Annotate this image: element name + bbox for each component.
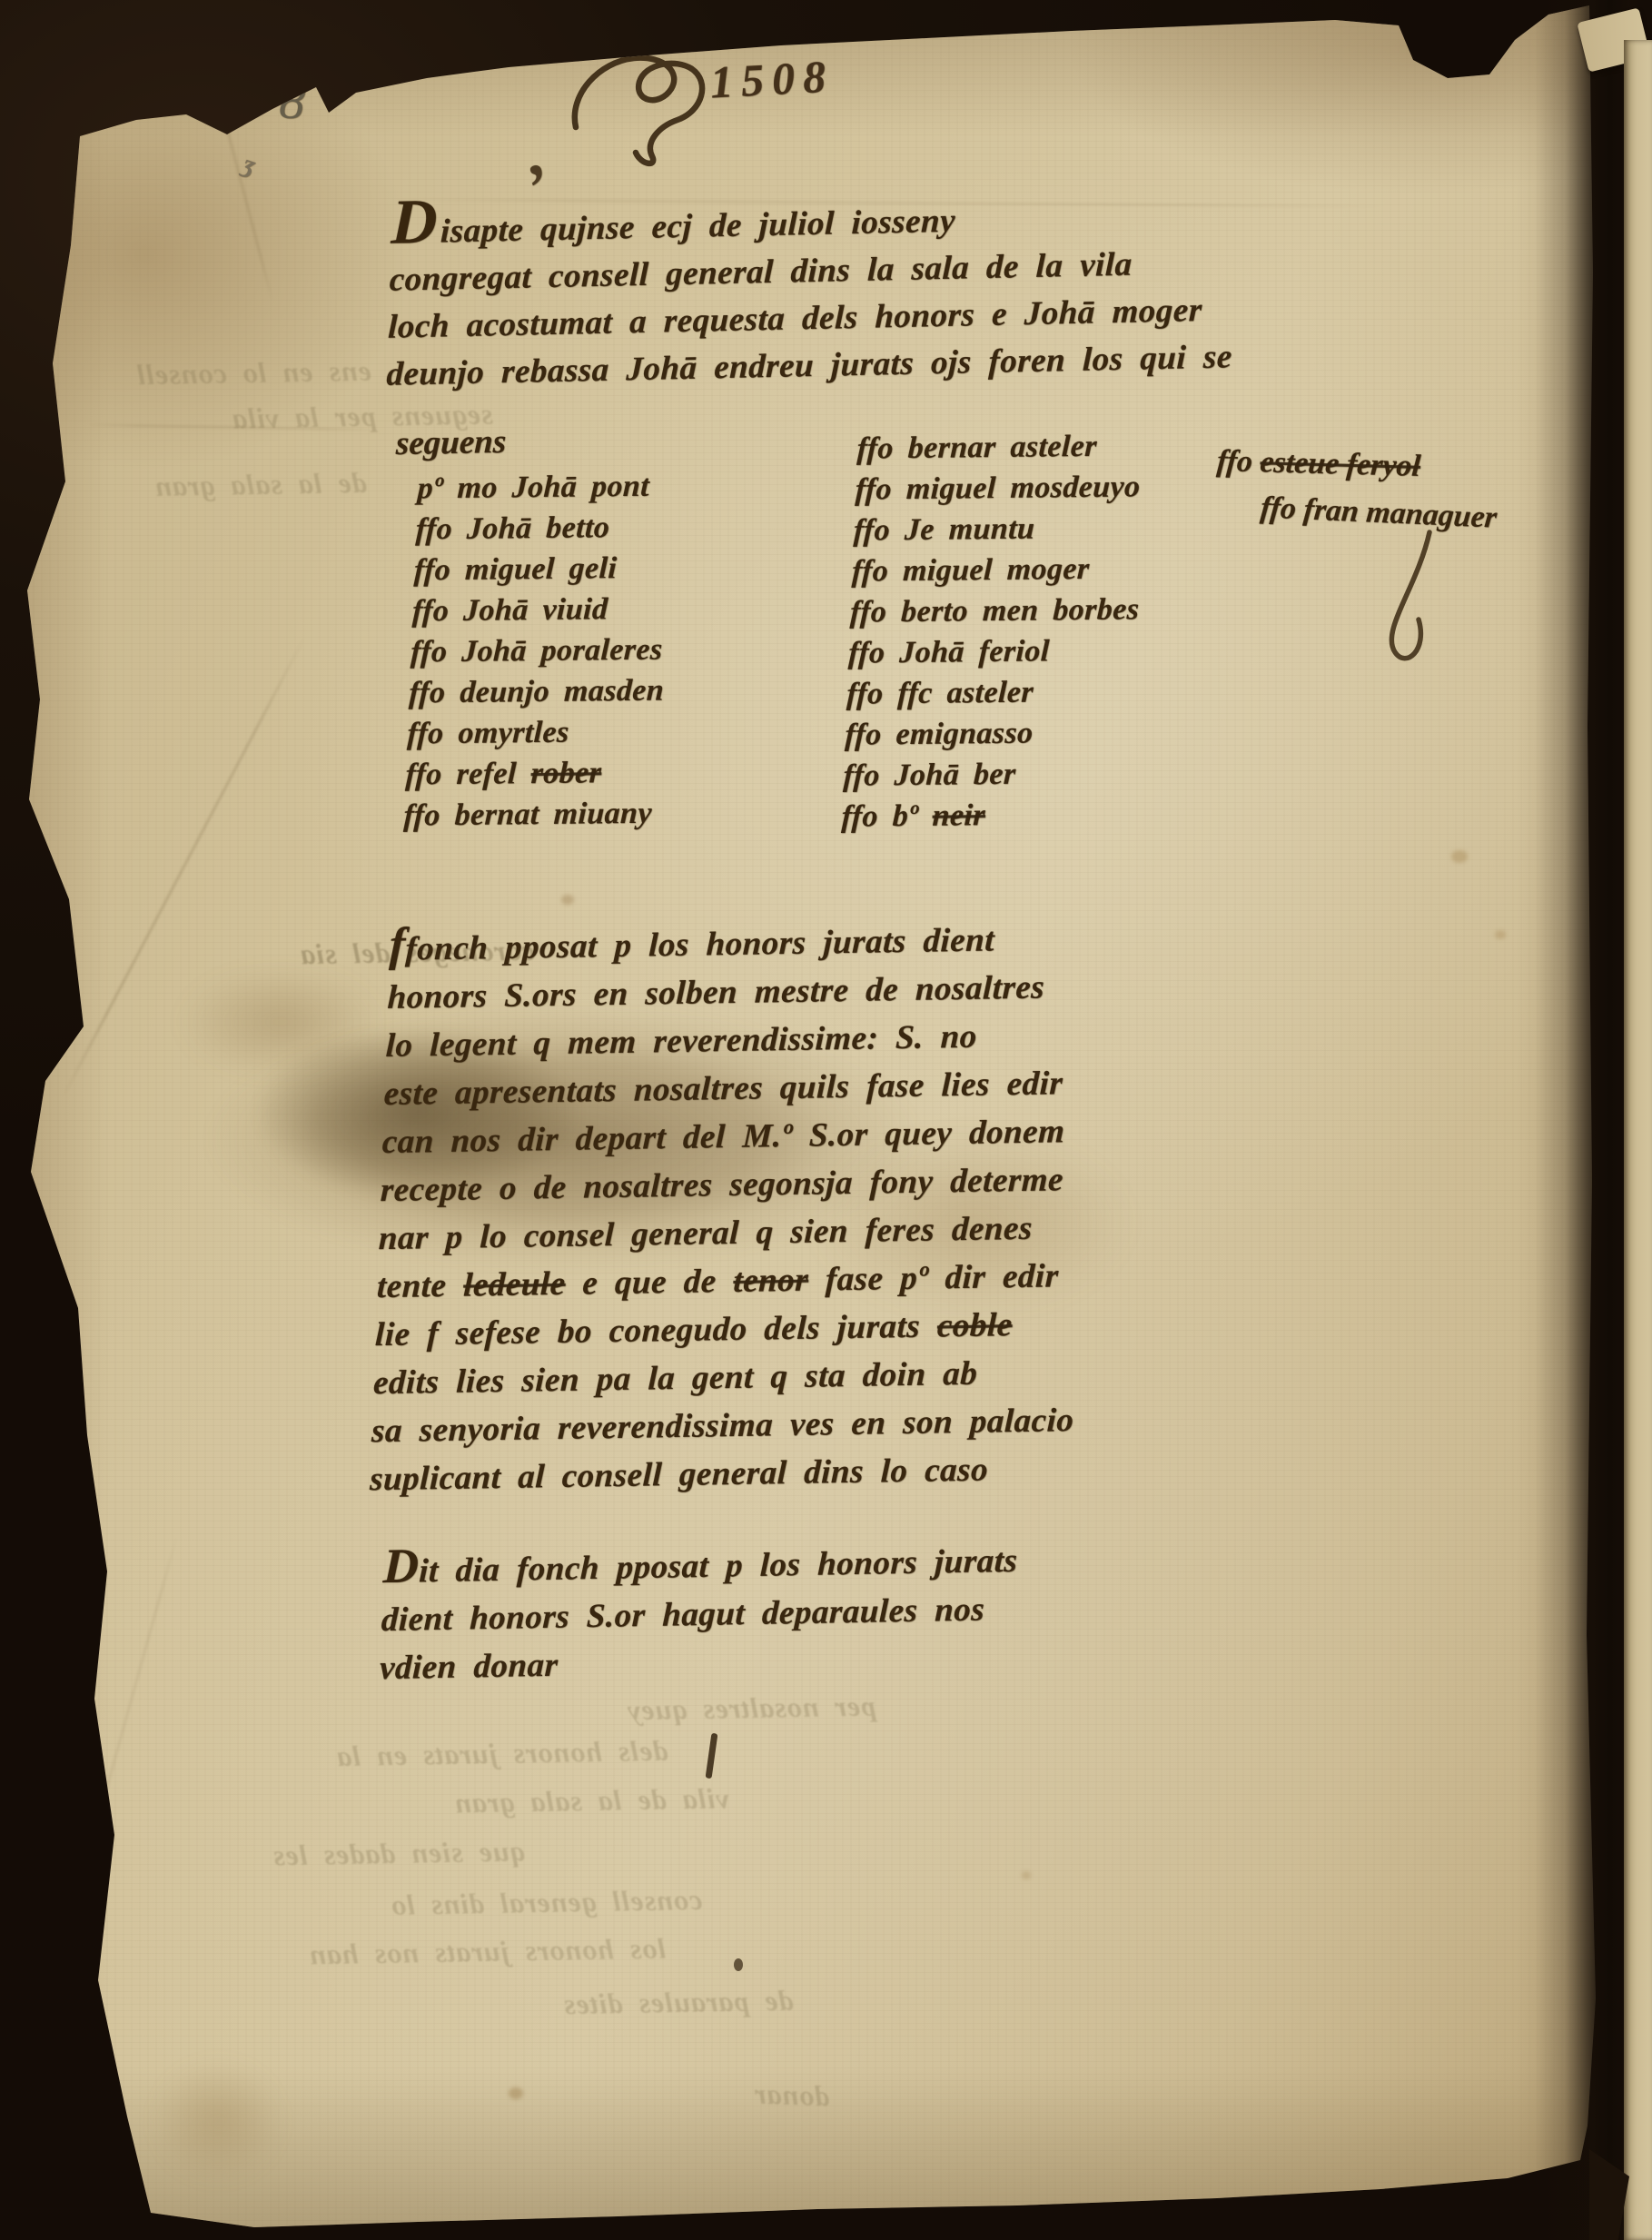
ghost-line: per nosaltres quey bbox=[627, 1690, 876, 1728]
attendee-row: pº mo Johā pont bbox=[417, 469, 674, 512]
year-heading: 1508 bbox=[709, 49, 836, 108]
ghost-line: donar bbox=[753, 2077, 829, 2114]
line-fragment: lie f sefese bo conegudo dels jurats bbox=[374, 1307, 937, 1353]
bottom-left-blotch bbox=[136, 2044, 300, 2198]
notarial-paraph-flourish bbox=[563, 44, 727, 171]
descender-flourish bbox=[1359, 525, 1459, 670]
crease-line bbox=[78, 1534, 178, 1886]
ghost-line: de paraules dites bbox=[563, 1984, 794, 2021]
crease-line bbox=[63, 637, 306, 1096]
attendee-row: ffo esteue feryol bbox=[1216, 444, 1422, 484]
manuscript-page: ens en lo consell seguens per la vila de… bbox=[0, 0, 1652, 2240]
attendee-row: ffo ffc asteler bbox=[846, 674, 1136, 718]
attendee-row: ffo bº neir bbox=[841, 797, 1132, 840]
list-heading: seguens bbox=[395, 422, 507, 463]
attendee-name: ffo refel bbox=[405, 757, 532, 791]
attendee-row: ffo emignasso bbox=[844, 715, 1134, 758]
attendee-name: ffo bº bbox=[841, 799, 934, 834]
ghost-line: de la sala gran bbox=[154, 466, 367, 503]
struck-word: ledeule bbox=[463, 1265, 567, 1304]
paragraph-3: Dit dia fonch pposat p los honors jurats… bbox=[379, 1531, 1018, 1692]
foxing-spot bbox=[1022, 1871, 1031, 1879]
attendee-row: ffo deunjo masden bbox=[408, 674, 665, 718]
pen-stroke-mark: , bbox=[519, 117, 551, 192]
ghost-line: dels honors jurats en la bbox=[336, 1734, 668, 1773]
ghost-line: que sien dades les bbox=[272, 1835, 525, 1873]
struck-attendee-name: neir bbox=[932, 798, 986, 833]
ink-blot-stroke bbox=[706, 1733, 718, 1779]
attendee-row: ffo Johā feriol bbox=[847, 633, 1138, 677]
attendee-row: ffo berto men borbes bbox=[849, 592, 1140, 636]
attendee-row: ffo refel rober bbox=[404, 756, 661, 799]
paragraph-1: Disapte qujnse ecj de juliol iosseny con… bbox=[386, 187, 1238, 399]
struck-attendee-name: esteue feryol bbox=[1259, 445, 1421, 483]
folio-number: 8 bbox=[278, 72, 307, 132]
attendee-row: ffo bernat miuany bbox=[403, 797, 660, 840]
attendee-row: ffo bernar asteler bbox=[856, 429, 1147, 472]
ghost-line: vila de la sala gran bbox=[454, 1781, 729, 1819]
stain-halo bbox=[154, 954, 409, 1090]
attendee-row: ffo Johā poraleres bbox=[410, 633, 667, 677]
attendee-row: ffo miguel geli bbox=[413, 550, 670, 594]
ghost-line: consell general dins lo bbox=[391, 1883, 703, 1922]
attendee-row: ffo Johā ber bbox=[842, 756, 1133, 799]
attendee-row: ffo miguel moger bbox=[851, 551, 1142, 595]
adjacent-page-edge bbox=[1624, 40, 1652, 2240]
paragraph-2: ffonch pposat p los honors jurats dient … bbox=[369, 910, 1093, 1504]
attendee-row: ffo Johā betto bbox=[415, 510, 672, 553]
line-fragment: tente bbox=[376, 1267, 464, 1306]
attendee-row: ffo Je muntu bbox=[853, 510, 1143, 554]
struck-word: coble bbox=[936, 1306, 1013, 1344]
struck-word: tenor bbox=[733, 1262, 809, 1300]
crease-line bbox=[211, 69, 274, 302]
attendee-column-1: pº mo Johā pont ffo Johā betto ffo migue… bbox=[403, 469, 674, 839]
struck-attendee-name: rober bbox=[530, 756, 602, 790]
attendee-row: ffo omyrtles bbox=[406, 715, 663, 758]
ghost-line: los honors jurats nos han bbox=[309, 1932, 667, 1972]
attendee-name: ffo bbox=[1216, 444, 1261, 479]
line-fragment: fase pº dir edir bbox=[807, 1257, 1059, 1298]
foxing-spot bbox=[509, 2087, 523, 2099]
manuscript-photo: ens en lo consell seguens per la vila de… bbox=[0, 0, 1652, 2240]
paragraph-line: vdien donar bbox=[379, 1633, 1014, 1692]
paragraph-line: suplicant al consell general dins lo cas… bbox=[369, 1444, 1073, 1503]
attendee-row: ffo miguel mosdeuyo bbox=[855, 470, 1145, 513]
ink-dot bbox=[734, 1958, 743, 1971]
foxing-spot bbox=[1495, 930, 1506, 939]
foxing-spot bbox=[561, 895, 574, 905]
attendee-column-2: ffo bernar asteler ffo miguel mosdeuyo f… bbox=[841, 429, 1147, 841]
margin-mark: ʒ bbox=[239, 150, 259, 182]
attendee-row: ffo Johā viuid bbox=[411, 591, 668, 635]
line-fragment: e que de bbox=[565, 1263, 734, 1303]
ghost-line: ens en lo consell bbox=[136, 354, 371, 392]
foxing-spot bbox=[1451, 850, 1468, 863]
